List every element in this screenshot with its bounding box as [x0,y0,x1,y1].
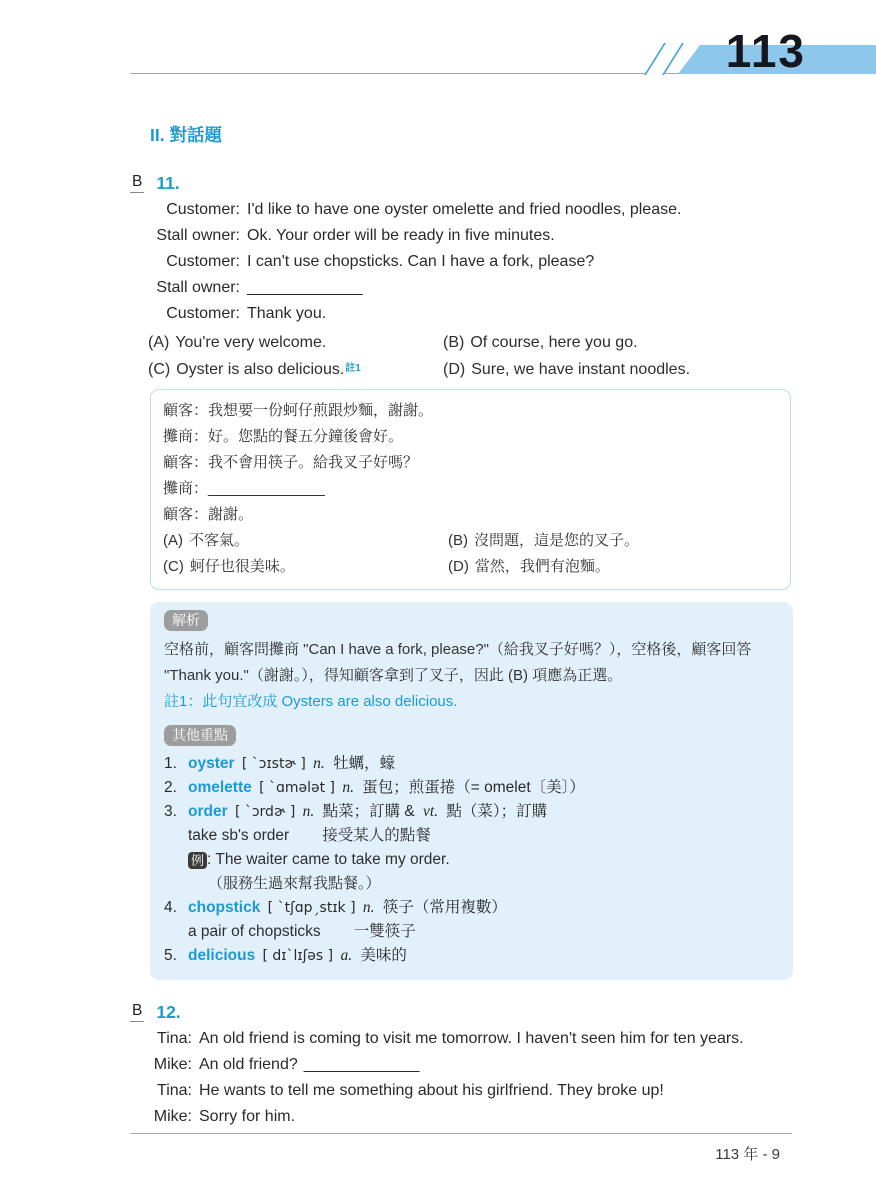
page-number: 113 [726,28,806,74]
dialogue-text: I can't use chopsticks. Can I have a for… [247,249,594,275]
dialogue-line: Mike: An old friend? _____________ [148,1052,793,1078]
vocab-entry: omelette [ ˋɑmələt ] n. 蛋包；煎蛋捲（= omelet〔… [188,776,777,800]
banner-slash [644,43,684,75]
vocab-word: order [188,803,228,820]
option-B: (B) Of course, here you go. [443,329,638,356]
vocab-entry: chopstick [ ˋtʃɑpˏstɪk ] n. 筷子（常用複數） [188,896,777,920]
answer-blank: ______________ [208,476,325,502]
question-11-options: (A) You're very welcome. (B) Of course, … [148,329,793,383]
dialogue-text: An old friend is coming to visit me tomo… [199,1026,744,1052]
translation-line: 攤商： 好。您點的餐五分鐘後會好。 [163,424,776,450]
vocab-item: 3. order [ ˋɔrdɚ ] n. 點菜；訂購 & vt. 點（菜）；訂… [164,800,777,824]
speaker-label: 顧客： [163,398,208,424]
page-footer: 113 年 - 9 [130,1143,780,1164]
speaker-label: 顧客： [163,502,208,528]
vocab-definition: 點菜；訂購 & [323,803,415,820]
option-text: Oyster is also delicious. [176,356,344,383]
speaker-label: Mike: [148,1052,192,1078]
question-11-header: B 11. [130,171,793,193]
speaker-label: Customer: [148,249,240,275]
option-B-zh: (B) 沒問題，這是您的叉子。 [448,528,639,554]
option-C: (C) Oyster is also delicious. 註1 [148,356,443,383]
section-heading: II. 對話題 [150,125,793,145]
translation-line: 顧客： 我不會用筷子。給我叉子好嗎？ [163,450,776,476]
vocab-entry: oyster [ ˋɔɪstɚ ] n. 牡蠣，蠔 [188,752,777,776]
vocab-ipa: [ ˋɑmələt ] [259,780,335,796]
vocab-number: 4. [164,896,188,920]
option-text: Sure, we have instant noodles. [471,356,690,383]
example-badge: 例 [188,852,207,869]
option-D-zh: (D) 當然，我們有泡麵。 [448,554,610,580]
speaker-label: 攤商： [163,476,208,502]
dialogue-line: Customer: I'd like to have one oyster om… [148,197,793,223]
translation-line: 攤商： ______________ [163,476,776,502]
translation-line: 顧客： 我想要一份蚵仔煎跟炒麵，謝謝。 [163,398,776,424]
vocab-phrase: a pair of chopsticks 一雙筷子 [188,920,777,944]
analysis-text: 空格前，顧客問攤商 "Can I have a fork, please?"（給… [164,637,777,689]
vocab-definition: 蛋包；煎蛋捲（= omelet〔美〕） [362,779,585,796]
option-text: 沒問題，這是您的叉子。 [474,528,639,554]
option-text: You're very welcome. [175,329,326,356]
translation-text: 我不會用筷子。給我叉子好嗎？ [208,450,418,476]
answer-blank: _____________ [304,1052,420,1078]
question-12-header: B 12. [130,1000,793,1022]
dialogue-line: Tina: An old friend is coming to visit m… [148,1026,793,1052]
vocab-ipa: [ ˋtʃɑpˏstɪk ] [268,900,356,916]
vocab-entry: order [ ˋɔrdɚ ] n. 點菜；訂購 & vt. 點（菜）；訂購 [188,800,777,824]
footer-rule [130,1133,792,1134]
translation-option-row: (C) 蚵仔也很美味。 (D) 當然，我們有泡麵。 [163,554,776,580]
speaker-label: Stall owner: [148,223,240,249]
vocab-pos: n. [303,803,315,820]
vocab-definition: 筷子（常用複數） [383,899,507,916]
option-label: (D) [448,554,469,580]
option-label: (A) [148,329,169,356]
dialogue-text: I'd like to have one oyster omelette and… [247,197,681,223]
question-number: 12. [156,1002,180,1022]
dialogue-line: Customer: Thank you. [148,301,793,327]
speaker-label: Tina: [148,1078,192,1104]
dialogue-line: Customer: I can't use chopsticks. Can I … [148,249,793,275]
dialogue-line: Tina: He wants to tell me something abou… [148,1078,793,1104]
phrase-en: take sb's order [188,824,289,848]
option-label: (C) [163,554,184,580]
vocab-number: 3. [164,800,188,824]
option-A-zh: (A) 不客氣。 [163,528,448,554]
vocab-pos: n. [363,899,375,916]
option-label: (D) [443,356,465,383]
answer-blank: _____________ [247,275,363,301]
vocab-word: delicious [188,947,255,964]
vocab-number: 5. [164,944,188,968]
speaker-label: Stall owner: [148,275,240,301]
speaker-label: Tina: [148,1026,192,1052]
translation-text: 謝謝。 [208,502,253,528]
option-D: (D) Sure, we have instant noodles. [443,356,690,383]
vocab-pos: vt. [423,803,438,820]
option-row: (C) Oyster is also delicious. 註1 (D) Sur… [148,356,793,383]
option-label: (C) [148,356,170,383]
option-C-zh: (C) 蚵仔也很美味。 [163,554,448,580]
vocab-definition: 點（菜）；訂購 [446,803,547,820]
question-number: 11. [156,173,179,193]
vocab-item: 2. omelette [ ˋɑmələt ] n. 蛋包；煎蛋捲（= omel… [164,776,777,800]
option-text: 蚵仔也很美味。 [190,554,295,580]
dialogue-line: Stall owner: Ok. Your order will be read… [148,223,793,249]
example-text: : The waiter came to take my order. [207,848,450,872]
vocab-word: omelette [188,779,252,796]
vocab-entry: delicious [ dɪˋlɪʃəs ] a. 美味的 [188,944,777,968]
key-points-header: 其他重點 [164,725,777,746]
translation-box: 顧客： 我想要一份蚵仔煎跟炒麵，謝謝。 攤商： 好。您點的餐五分鐘後會好。 顧客… [150,389,791,590]
key-points-badge: 其他重點 [164,725,236,746]
dialogue-text: Ok. Your order will be ready in five min… [247,223,555,249]
vocab-pos: n. [313,755,325,772]
vocab-word: oyster [188,755,235,772]
vocab-item: 4. chopstick [ ˋtʃɑpˏstɪk ] n. 筷子（常用複數） [164,896,777,920]
vocab-pos: a. [340,947,352,964]
footnote-marker: 註1 [345,355,361,382]
phrase-en: a pair of chopsticks [188,920,321,944]
speaker-label: Customer: [148,197,240,223]
vocab-ipa: [ ˋɔrdɚ ] [235,804,295,820]
analysis-line: "Thank you."（謝謝。），得知顧客拿到了叉子，因此 (B) 項應為正選… [164,663,777,689]
translation-line: 顧客： 謝謝。 [163,502,776,528]
dialogue-text: He wants to tell me something about his … [199,1078,664,1104]
question-12-dialogue: Tina: An old friend is coming to visit m… [148,1026,793,1130]
option-row: (A) You're very welcome. (B) Of course, … [148,329,793,356]
answer-label: B [130,1002,144,1022]
vocab-pos: n. [342,779,354,796]
option-text: 當然，我們有泡麵。 [475,554,610,580]
dialogue-text: Sorry for him. [199,1104,295,1130]
phrase-zh: 接受某人的點餐 [322,824,431,848]
vocab-number: 1. [164,752,188,776]
option-label: (B) [448,528,468,554]
speaker-label: 顧客： [163,450,208,476]
option-label: (A) [163,528,183,554]
page-content: II. 對話題 B 11. Customer: I'd like to have… [130,125,793,1130]
analysis-badge: 解析 [164,610,208,631]
analysis-line: 空格前，顧客問攤商 "Can I have a fork, please?"（給… [164,637,777,663]
analysis-box: 解析 空格前，顧客問攤商 "Can I have a fork, please?… [150,602,793,980]
vocab-item: 1. oyster [ ˋɔɪstɚ ] n. 牡蠣，蠔 [164,752,777,776]
question-11-dialogue: Customer: I'd like to have one oyster om… [148,197,793,327]
vocab-definition: 美味的 [360,947,407,964]
dialogue-line: Stall owner: _____________ [148,275,793,301]
option-text: Of course, here you go. [470,329,637,356]
dialogue-text: An old friend? [199,1052,298,1078]
option-text: 不客氣。 [189,528,249,554]
vocab-definition: 牡蠣，蠔 [333,755,395,772]
phrase-zh: 一雙筷子 [354,920,416,944]
vocab-list: 1. oyster [ ˋɔɪstɚ ] n. 牡蠣，蠔 2. omelette… [164,752,777,968]
translation-text: 好。您點的餐五分鐘後會好。 [208,424,403,450]
option-A: (A) You're very welcome. [148,329,443,356]
option-label: (B) [443,329,464,356]
speaker-label: Customer: [148,301,240,327]
vocab-number: 2. [164,776,188,800]
speaker-label: 攤商： [163,424,208,450]
dialogue-line: Mike: Sorry for him. [148,1104,793,1130]
translation-text: 我想要一份蚵仔煎跟炒麵，謝謝。 [208,398,433,424]
dialogue-text: Thank you. [247,301,326,327]
translation-option-row: (A) 不客氣。 (B) 沒問題，這是您的叉子。 [163,528,776,554]
answer-label: B [130,173,144,193]
vocab-phrase: take sb's order 接受某人的點餐 [188,824,777,848]
speaker-label: Mike: [148,1104,192,1130]
vocab-ipa: [ dɪˋlɪʃəs ] [263,948,334,964]
example-translation: （服務生過來幫我點餐。） [208,872,777,896]
vocab-word: chopstick [188,899,260,916]
vocab-example: 例 : The waiter came to take my order. [188,848,777,872]
vocab-item: 5. delicious [ dɪˋlɪʃəs ] a. 美味的 [164,944,777,968]
vocab-ipa: [ ˋɔɪstɚ ] [242,756,306,772]
analysis-footnote: 註1：此句宜改成 Oysters are also delicious. [164,689,777,715]
